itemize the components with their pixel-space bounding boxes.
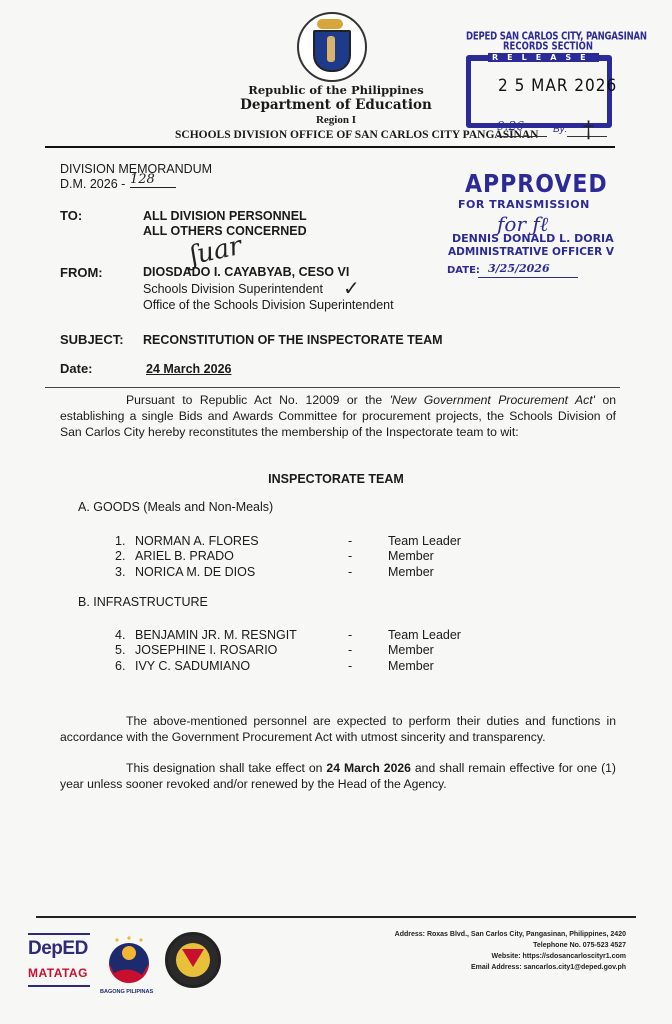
- memo-divider: [45, 387, 620, 388]
- subject-value: RECONSTITUTION OF THE INSPECTORATE TEAM: [143, 333, 443, 347]
- member-dash: -: [348, 565, 352, 579]
- member-row: 3.NORICA M. DE DIOS-Member: [115, 565, 475, 581]
- logo-bar: [28, 933, 90, 935]
- intro-text: Pursuant to Republic Act No. 12009 or th…: [126, 393, 390, 407]
- effectivity-date: 24 March 2026: [326, 761, 411, 775]
- member-role: Member: [388, 549, 434, 563]
- date-label: Date:: [60, 361, 93, 376]
- logo-bar: [28, 985, 90, 987]
- effectivity-text: This designation shall take effect on: [126, 761, 326, 775]
- member-number: 3.: [115, 565, 135, 579]
- figure-icon: [327, 36, 335, 62]
- approved-stamp-title: APPROVED: [465, 170, 608, 199]
- member-row: 2.ARIEL B. PRADO-Member: [115, 549, 475, 565]
- matatag-wordmark: MATATAG: [28, 966, 88, 980]
- seal-triangle-icon: [182, 949, 204, 967]
- member-role: Team Leader: [388, 534, 461, 548]
- member-row: 6.IVY C. SADUMIANO-Member: [115, 659, 475, 675]
- from-label: FROM:: [60, 265, 103, 280]
- duties-text: The above-mentioned personnel are expect…: [60, 714, 616, 744]
- member-row: 5.JOSEPHINE I. ROSARIO-Member: [115, 643, 475, 659]
- deped-matatag-logo: DepED MATATAG: [28, 933, 93, 993]
- member-dash: -: [348, 628, 352, 642]
- approved-stamp-position: ADMINISTRATIVE OFFICER V: [448, 246, 614, 258]
- sdo-san-carlos-seal: [165, 932, 221, 988]
- release-initial-mark: †: [583, 118, 594, 143]
- memo-number: 128: [130, 172, 176, 188]
- paragraph-effectivity: This designation shall take effect on 24…: [60, 760, 616, 792]
- memo-number-prefix: D.M. 2026 -: [60, 177, 125, 191]
- member-dash: -: [348, 643, 352, 657]
- approved-stamp-subtitle: FOR TRANSMISSION: [458, 198, 590, 211]
- member-name: NORICA M. DE DIOS: [135, 565, 255, 579]
- release-stamp-banner: RELEASE: [488, 53, 599, 62]
- member-name: BENJAMIN JR. M. RESNGIT: [135, 628, 297, 642]
- member-number: 5.: [115, 643, 135, 657]
- member-name: JOSEPHINE I. ROSARIO: [135, 643, 277, 657]
- torch-icon: [317, 19, 343, 29]
- subject-label: SUBJECT:: [60, 332, 124, 347]
- release-stamp-section: RECORDS SECTION: [503, 41, 593, 53]
- from-title: Schools Division Superintendent: [143, 282, 323, 296]
- to-recipient: ALL DIVISION PERSONNEL: [143, 209, 307, 223]
- release-stamp-date: 2 5 MAR 2026: [498, 76, 617, 96]
- header-office: SCHOOLS DIVISION OFFICE OF SAN CARLOS CI…: [175, 129, 538, 141]
- member-name: NORMAN A. FLORES: [135, 534, 259, 548]
- paragraph-intro: Pursuant to Republic Act No. 12009 or th…: [60, 392, 616, 440]
- member-role: Team Leader: [388, 628, 461, 642]
- footer-website[interactable]: Website: https://sdosancarloscityr1.com: [492, 953, 626, 960]
- act-title: 'New Government Procurement Act': [390, 393, 595, 407]
- member-role: Member: [388, 659, 434, 673]
- deped-wordmark: DepED: [28, 938, 88, 960]
- member-role: Member: [388, 643, 434, 657]
- member-name: IVY C. SADUMIANO: [135, 659, 250, 673]
- member-dash: -: [348, 549, 352, 563]
- approved-stamp-date: 3/25/2026: [488, 262, 550, 275]
- footer-email[interactable]: Email Address: sancarlos.city1@deped.gov…: [471, 964, 626, 971]
- footer-address: Address: Roxas Blvd., San Carlos City, P…: [395, 931, 626, 938]
- bagong-pilipinas-logo: [104, 935, 154, 985]
- team-title: INSPECTORATE TEAM: [0, 472, 672, 486]
- release-stamp-time: 9:26: [497, 119, 524, 133]
- member-row: 4.BENJAMIN JR. M. RESNGIT-Team Leader: [115, 628, 475, 644]
- to-label: TO:: [60, 208, 82, 223]
- member-row: 1.NORMAN A. FLORES-Team Leader: [115, 534, 475, 550]
- time-line: [497, 136, 547, 137]
- member-dash: -: [348, 659, 352, 673]
- member-number: 4.: [115, 628, 135, 642]
- approved-date-line: [478, 277, 578, 278]
- section-goods-heading: A. GOODS (Meals and Non-Meals): [78, 500, 273, 514]
- deped-seal-logo: [297, 12, 367, 82]
- section-infrastructure-heading: B. INFRASTRUCTURE: [78, 595, 208, 609]
- member-number: 2.: [115, 549, 135, 563]
- header-divider: [45, 146, 615, 148]
- from-name: DIOSDADO I. CAYABYAB, CESO VI: [143, 265, 349, 279]
- member-number: 1.: [115, 534, 135, 548]
- approved-stamp-name: DENNIS DONALD L. DORIA: [452, 232, 614, 245]
- date-value: 24 March 2026: [146, 362, 231, 376]
- check-mark-icon: ✓: [343, 276, 360, 301]
- approved-stamp-date-label: DATE:: [447, 265, 480, 276]
- footer-telephone: Telephone No. 075-523 4527: [533, 942, 626, 949]
- member-name: ARIEL B. PRADO: [135, 549, 234, 563]
- member-number: 6.: [115, 659, 135, 673]
- release-stamp-by-label: By:: [553, 124, 567, 135]
- bagong-pilipinas-text: BAGONG PILIPINAS: [100, 989, 153, 995]
- paragraph-duties: The above-mentioned personnel are expect…: [60, 713, 616, 745]
- member-role: Member: [388, 565, 434, 579]
- member-dash: -: [348, 534, 352, 548]
- footer-divider: [36, 916, 636, 918]
